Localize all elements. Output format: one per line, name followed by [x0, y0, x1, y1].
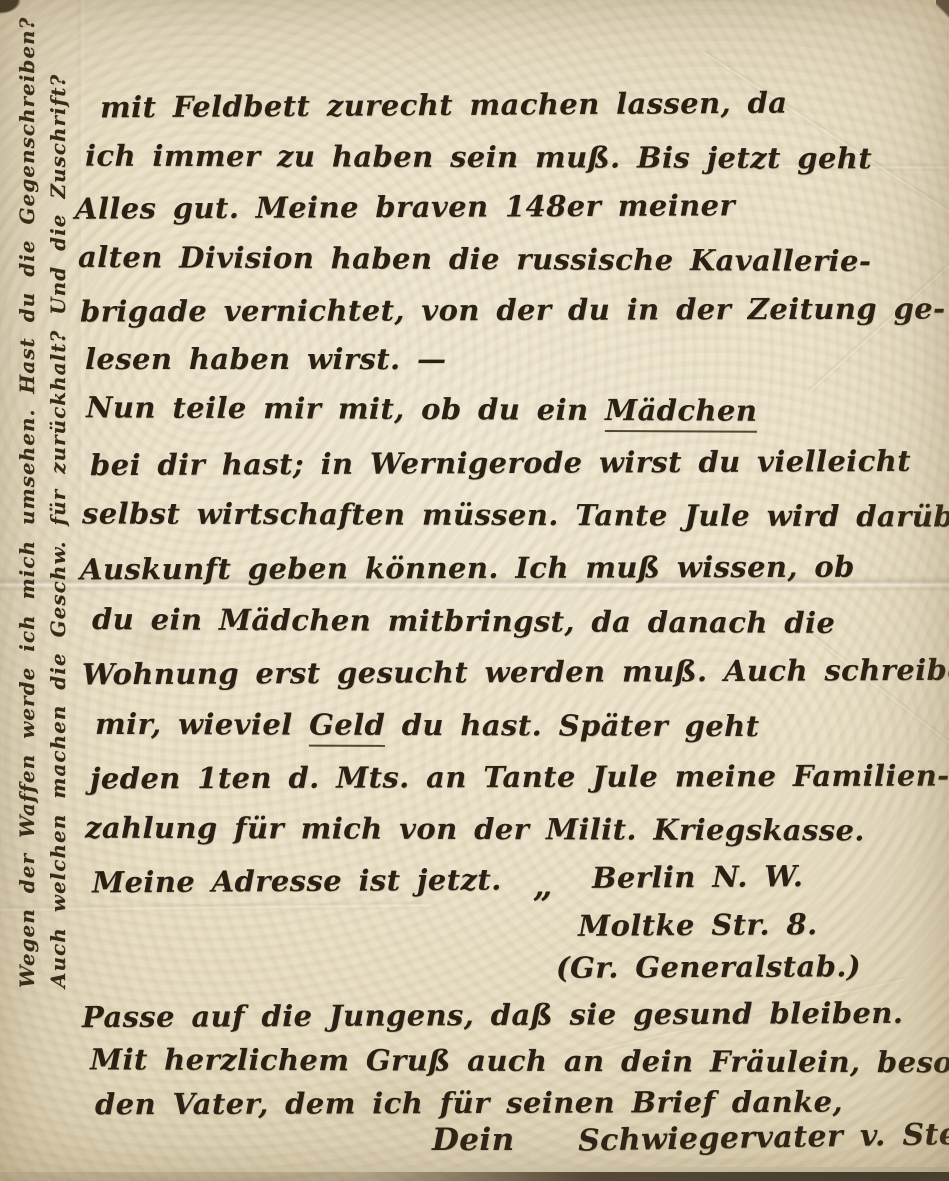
margin-note: Wegen der Waffen werde ich mich umsehen.… — [12, 48, 74, 988]
signature: Schwiegervater v. Stein — [578, 1116, 949, 1158]
letter-line: alten Division haben die russische Kaval… — [78, 240, 871, 278]
letter-line: zahlung für mich von der Milit. Kriegska… — [85, 811, 865, 848]
letter-line: jeden 1ten d. Mts. an Tante Jule meine F… — [90, 758, 949, 795]
letter-line: Alles gut. Meine braven 148er meiner — [75, 188, 735, 225]
letter-line: ich immer zu haben sein muß. Bis jetzt g… — [85, 139, 872, 176]
margin-note-line: Wegen der Waffen werde ich mich umsehen.… — [12, 48, 43, 988]
closing-line: den Vater, dem ich für seinen Brief dank… — [95, 1085, 843, 1122]
address-line: (Gr. Generalstab.) — [556, 949, 861, 985]
letter-line: Auskunft geben können. Ich muß wissen, o… — [80, 550, 855, 587]
corner-mark-top-right — [936, 0, 949, 32]
address-quote-mark: „ — [533, 866, 553, 906]
letter-line: bei dir hast; in Wernigerode wirst du vi… — [90, 444, 911, 482]
letter-line: brigade vernichtet, von der du in der Ze… — [80, 291, 946, 328]
letter-line: Wohnung erst gesucht werden muß. Auch sc… — [82, 653, 949, 692]
letter-line: Meine Adresse ist jetzt. — [92, 863, 502, 900]
address-line: Berlin N. W. — [592, 859, 804, 895]
crease-diagonal-top-right — [702, 49, 949, 219]
letter-line: lesen haben wirst. — — [85, 342, 446, 376]
address-line: Moltke Str. 8. — [578, 907, 818, 943]
letter-line: Nun teile mir mit, ob du ein Mädchen — [86, 390, 757, 428]
valediction-word: Dein — [432, 1122, 515, 1158]
corner-mark-top-left — [0, 0, 24, 16]
letter-line: selbst wirtschaften müssen. Tante Jule w… — [82, 496, 949, 533]
letter-line: du ein Mädchen mitbringst, da danach die — [92, 602, 835, 640]
letter-line: mir, wieviel Geld du hast. Später geht — [95, 707, 760, 743]
letter-page: Wegen der Waffen werde ich mich umsehen.… — [0, 0, 949, 1181]
letter-line: mit Feldbett zurecht machen lassen, da — [100, 86, 788, 125]
closing-line: Passe auf die Jungens, daß sie gesund bl… — [82, 996, 903, 1034]
closing-line: Mit herzlichem Gruß auch an dein Fräulei… — [90, 1042, 949, 1079]
margin-note-line: Auch welchen machen die Geschw. für zurü… — [43, 48, 74, 988]
paper-bottom-edge — [0, 1172, 949, 1181]
